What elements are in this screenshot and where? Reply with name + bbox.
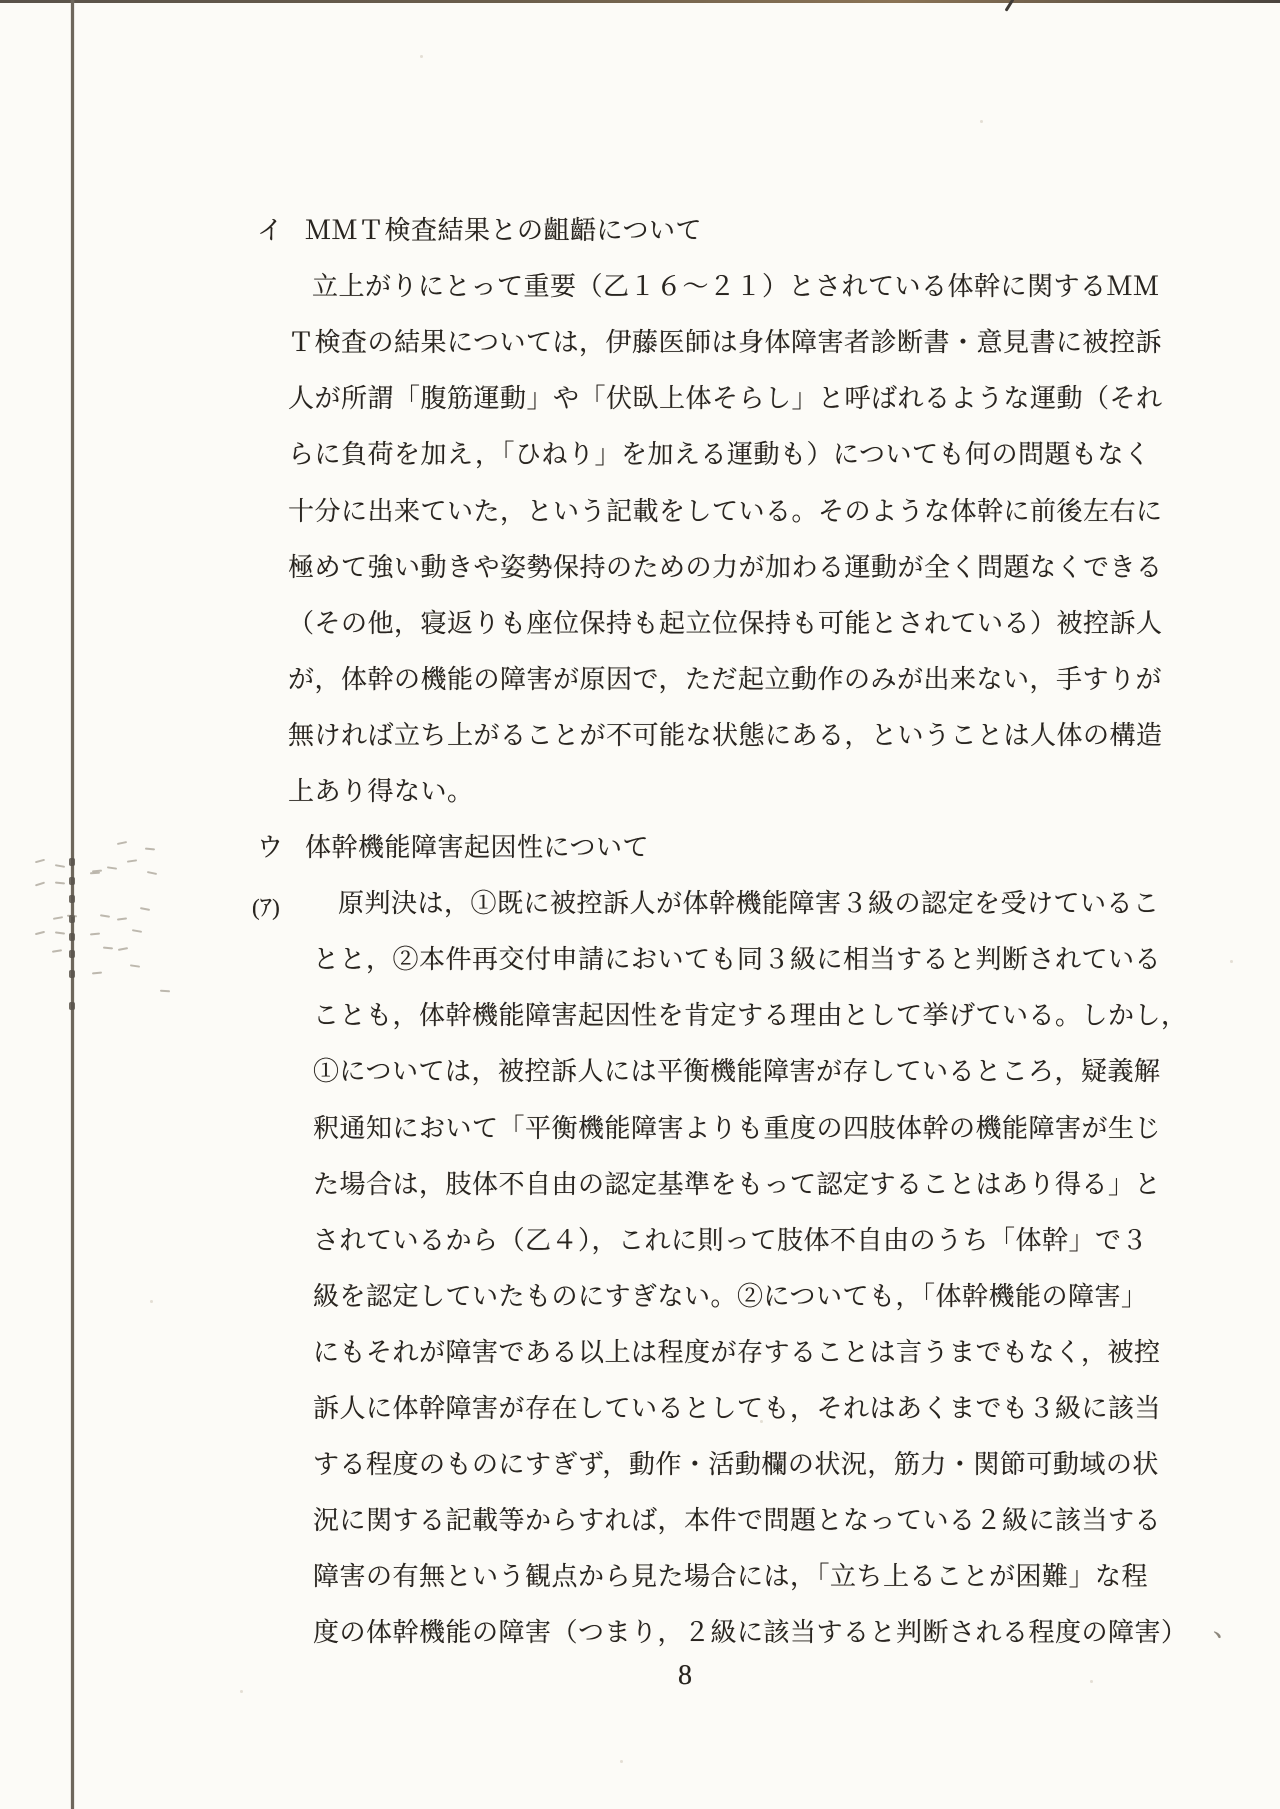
section-u-marker: ウ [257,832,284,864]
pencil-mark [53,916,63,920]
pencil-mark [55,864,65,868]
pencil-mark [145,848,155,851]
paper-speck [420,55,423,58]
binding-line-blob [69,877,75,885]
text-line: する程度のものにすぎず，動作・活動欄の状況，筋力・関節可動域の状 [313,1449,1159,1481]
stray-comma-mark: 、 [1213,1612,1240,1644]
pencil-mark [90,932,100,935]
text-line: Ｔ検査の結果については，伊藤医師は身体障害者診断書・意見書に被控訴 [288,327,1162,359]
pencil-mark [107,866,117,869]
binding-line-blob [69,933,75,941]
pencil-mark [35,931,45,935]
text-line: （その他，寝返りも座位保持も起立位保持も可能とされている）被控訴人 [288,608,1163,640]
text-line: 人が所謂「腹筋運動」や「伏臥上体そらし」と呼ばれるような運動（それ [288,383,1163,415]
text-line: 況に関する記載等からすれば，本件で問題となっている２級に該当する [313,1505,1161,1537]
pencil-mark [92,971,102,974]
text-line: らに負荷を加え，「ひねり」を加える運動も）についても何の問題もなく [288,439,1151,471]
pencil-mark [140,907,150,911]
text-line: 釈通知において「平衡機能障害よりも重度の四肢体幹の機能障害が生じ [313,1113,1161,1145]
binding-line-blob [69,895,75,903]
binding-line-blob [69,858,75,866]
pencil-mark [100,914,110,918]
pencil-mark [103,947,113,950]
text-line: とと，②本件再交付申請においても同３級に相当すると判断されている [313,944,1161,976]
text-line: ①については，被控訴人には平衡機能障害が存しているところ，疑義解 [313,1056,1160,1088]
page-number: 8 [678,1660,692,1692]
pencil-mark [55,881,65,884]
text-line: 度の体幹機能の障害（つまり，２級に該当すると判断される程度の障害） [313,1617,1188,1649]
pencil-mark [127,859,137,862]
pencil-mark [90,872,100,875]
binding-line [71,0,74,1809]
section-i-title: ＭＭＴ検査結果との齟齬について [305,215,702,247]
pencil-mark [160,990,170,993]
section-u-title: 体幹機能障害起因性について [305,832,649,864]
text-line: 極めて強い動きや姿勢保持のための力が加わる運動が全く問題なくできる [288,552,1163,584]
pencil-mark [35,859,45,864]
text-line: 十分に出来ていた，という記載をしている。そのような体幹に前後左右に [288,496,1163,528]
paper-speck [1230,960,1233,963]
text-line: 訴人に体幹障害が存在しているとしても，それはあくまでも３級に該当 [313,1393,1161,1425]
section-i-marker: イ [257,215,284,247]
paper-speck [1090,1680,1093,1683]
paper-speck [240,1690,243,1693]
item-a-marker: (ｱ) [252,892,280,924]
text-line: 立上がりにとって重要（乙１６～２１）とされている体幹に関するＭＭ [312,271,1159,303]
text-line: が，体幹の機能の障害が原因で，ただ起立動作のみが出来ない，手すりが [288,664,1162,696]
text-line: た場合は，肢体不自由の認定基準をもって認定することはあり得る」と [313,1169,1161,1201]
binding-line-blob [69,950,75,958]
text-line: されているから（乙４），これに則って肢体不自由のうち「体幹」で３ [313,1225,1148,1257]
text-line: ことも，体幹機能障害起因性を肯定する理由として挙げている。しかし， [313,1000,1188,1032]
pencil-mark [118,947,128,951]
pencil-mark [117,917,127,920]
pencil-mark [52,949,62,953]
text-line: 障害の有無という観点から見た場合には，「立ち上ることが困難」な程 [313,1561,1148,1593]
text-line: 上あり得ない。 [288,776,474,808]
binding-line-blob [69,970,75,978]
text-line: 無ければ立ち上がることが不可能な状態にある，ということは人体の構造 [288,720,1163,752]
paper-speck [980,120,983,123]
binding-line-blob [69,915,75,923]
pencil-mark [55,931,65,934]
paper-speck [150,1300,153,1303]
text-line: 原判決は，①既に被控訴人が体幹機能障害３級の認定を受けているこ [338,888,1160,920]
scan-top-edge [0,0,1280,3]
pencil-mark [130,964,140,967]
pencil-mark [132,929,142,933]
pencil-mark [35,882,45,887]
scanned-page: イ ＭＭＴ検査結果との齟齬について 立上がりにとって重要（乙１６～２１）とされて… [0,0,1280,1809]
binding-line-blob [69,1002,75,1010]
paper-speck [620,1760,623,1763]
pencil-mark [117,841,127,845]
pencil-mark [147,871,157,875]
text-line: にもそれが障害である以上は程度が存することは言うまでもなく，被控 [313,1337,1160,1369]
text-line: 級を認定していたものにすぎない。②についても，「体幹機能の障害」 [313,1281,1147,1313]
